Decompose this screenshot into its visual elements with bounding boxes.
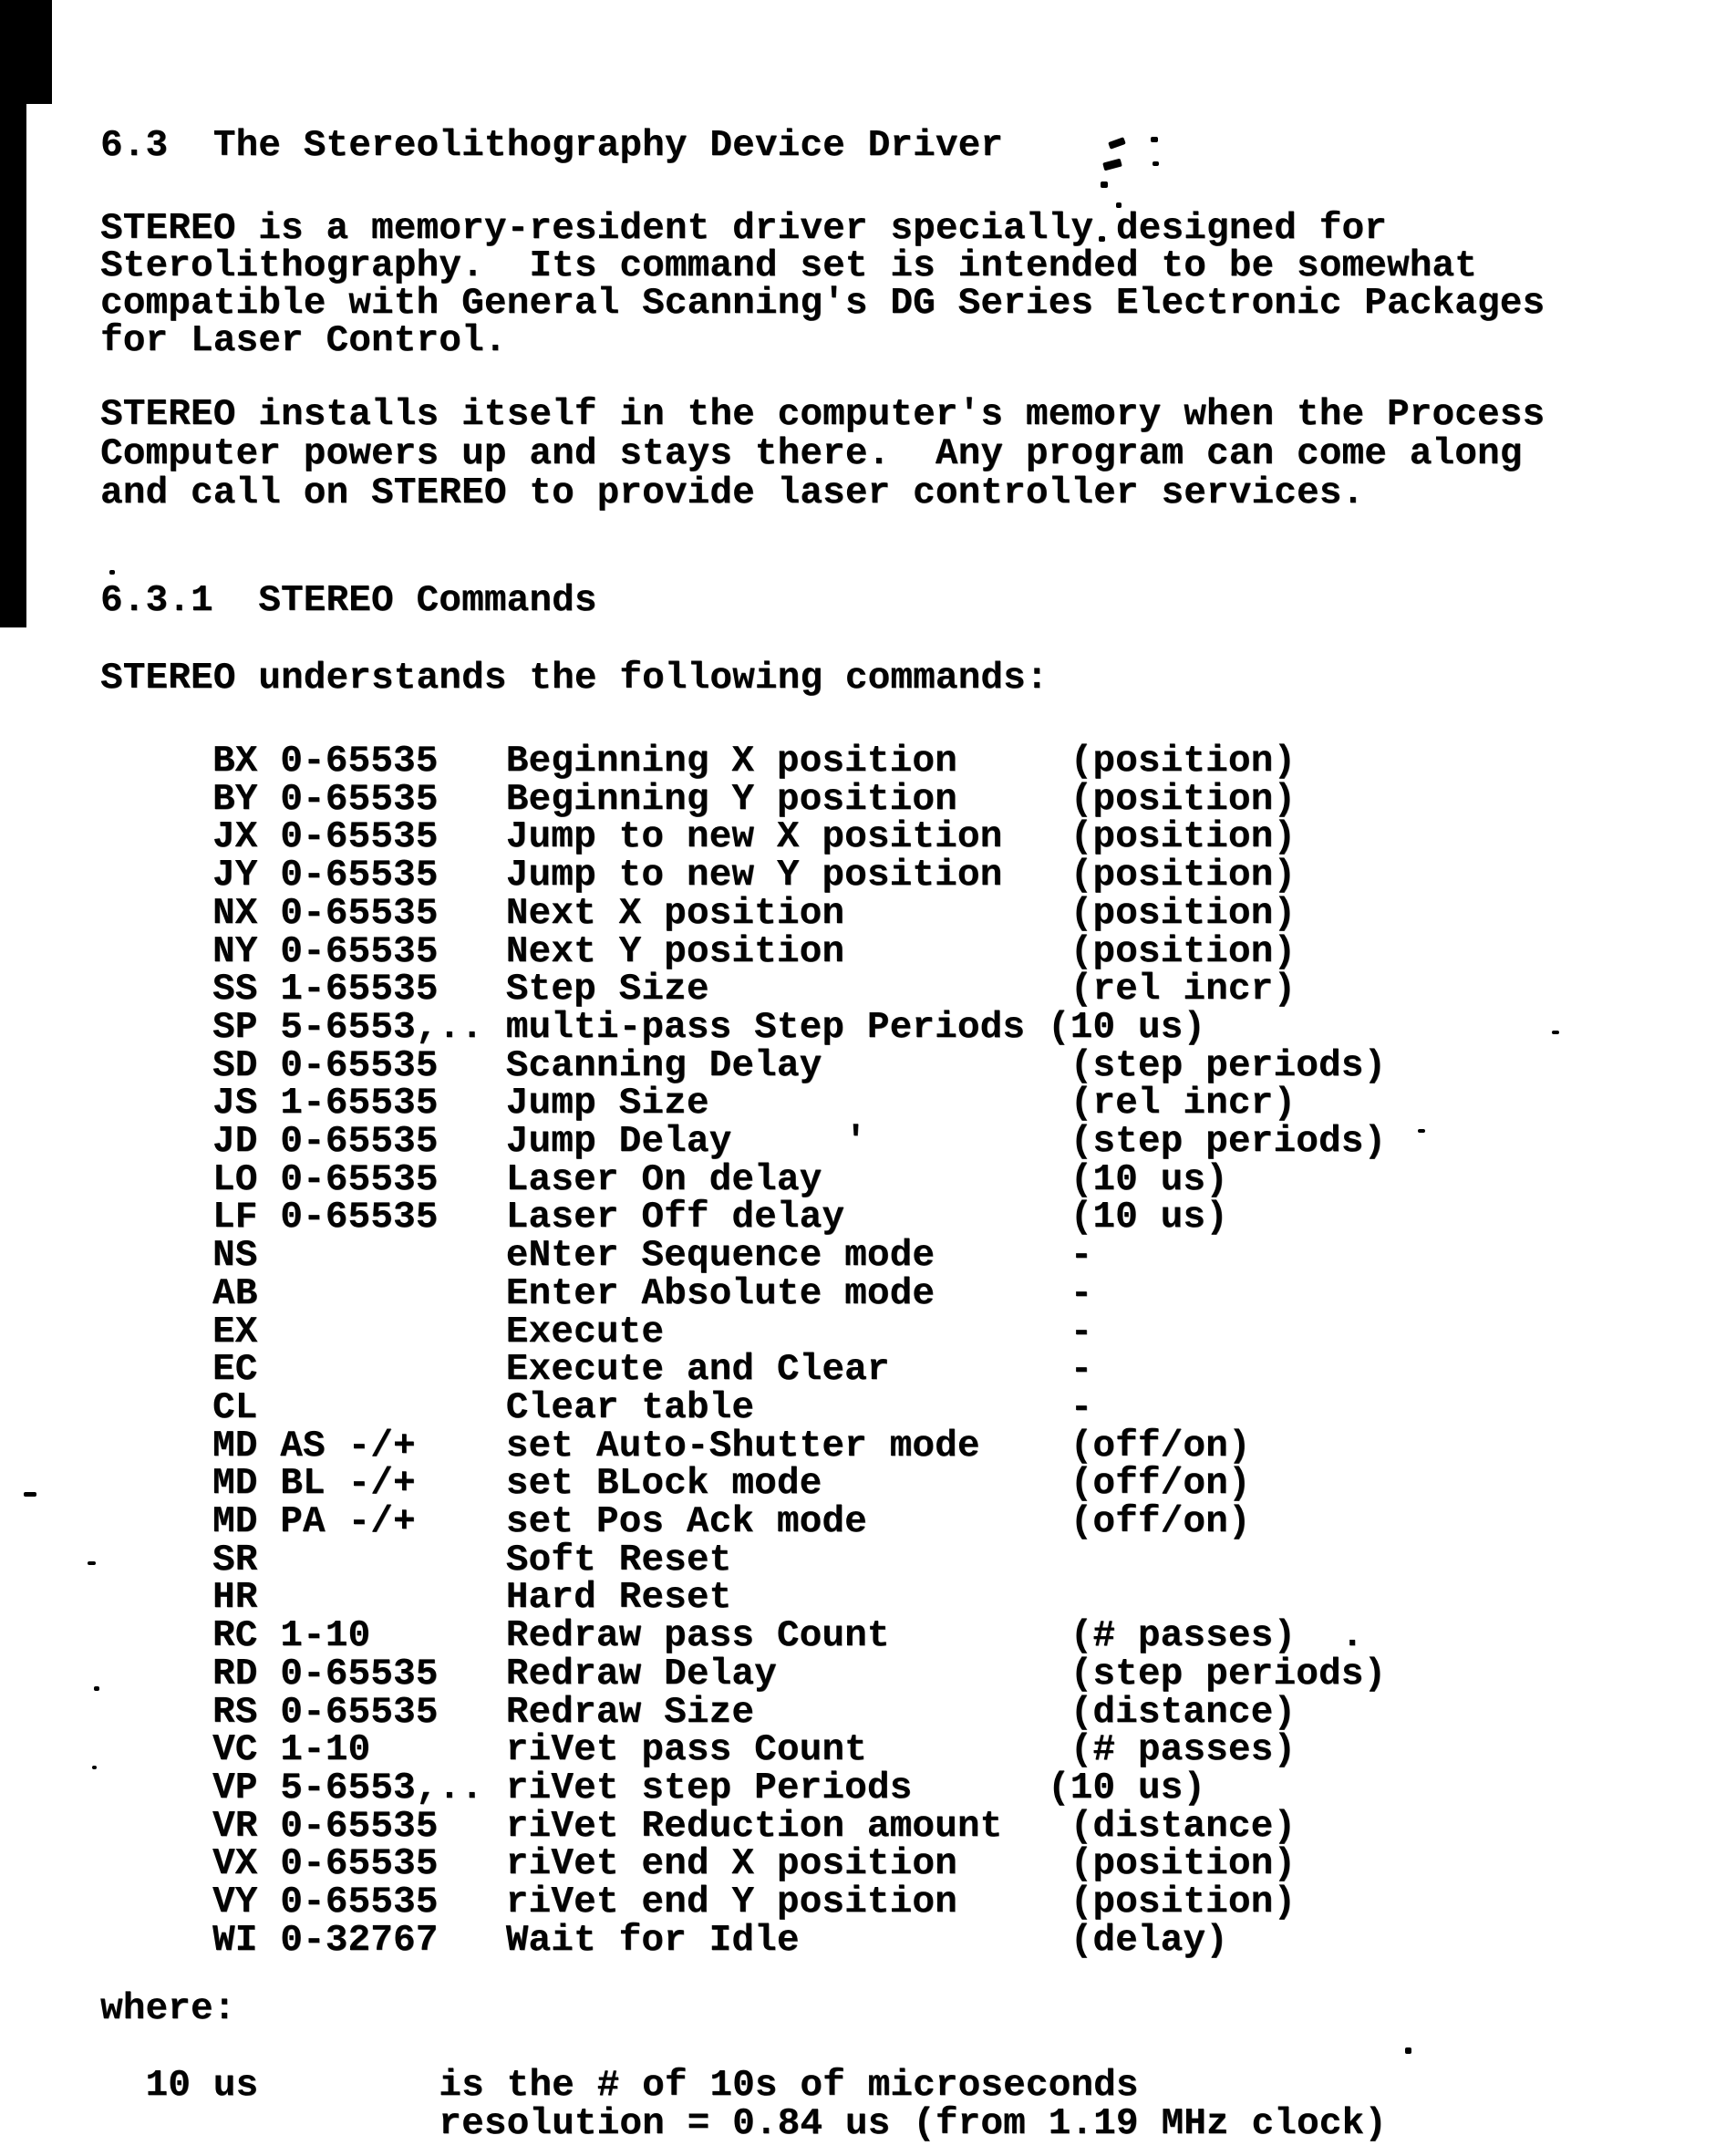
command-row: VP 5-6553,.. riVet step Periods (10 us) xyxy=(212,1770,1205,1808)
ink-speck xyxy=(1151,137,1158,142)
command-row: JS 1-65535 Jump Size (rel incr) xyxy=(212,1085,1296,1123)
commands-table: BX 0-65535 Beginning X position (positio… xyxy=(212,743,1489,1965)
command-row: NY 0-65535 Next Y position (position) xyxy=(212,934,1296,971)
command-row: SD 0-65535 Scanning Delay (step periods) xyxy=(212,1048,1386,1085)
command-row: VC 1-10 riVet pass Count (# passes) xyxy=(212,1732,1296,1769)
paragraph1-line: Sterolithography. Its command set is int… xyxy=(100,248,1477,285)
command-row: JX 0-65535 Jump to new X position (posit… xyxy=(212,819,1296,856)
subsection-heading: 6.3.1 STEREO Commands xyxy=(100,583,597,620)
where-label: where: xyxy=(100,1991,236,2028)
paragraph2-line: Computer powers up and stays there. Any … xyxy=(100,436,1523,473)
ink-speck xyxy=(1552,1031,1559,1034)
command-row: BX 0-65535 Beginning X position (positio… xyxy=(212,743,1296,781)
where-note-line: 10 us is the # of 10s of microseconds xyxy=(100,2068,1139,2105)
command-row: VY 0-65535 riVet end Y position (positio… xyxy=(212,1884,1296,1922)
command-row: VX 0-65535 riVet end X position (positio… xyxy=(212,1846,1296,1883)
ink-speck xyxy=(92,1766,97,1769)
command-row: SS 1-65535 Step Size (rel incr) xyxy=(212,971,1296,1009)
ink-speck xyxy=(109,570,115,575)
scan-black-bar xyxy=(0,0,26,627)
command-row: VR 0-65535 riVet Reduction amount (dista… xyxy=(212,1809,1296,1846)
command-row: AB Enter Absolute mode - xyxy=(212,1276,1092,1313)
command-row: SP 5-6553,.. multi-pass Step Periods (10… xyxy=(212,1010,1205,1047)
command-row: WI 0-32767 Wait for Idle (delay) xyxy=(212,1923,1228,1960)
command-row: JD 0-65535 Jump Delay ' (step periods) xyxy=(212,1124,1386,1161)
section-heading: 6.3 The Stereolithography Device Driver xyxy=(100,128,1003,165)
commands-intro: STEREO understands the following command… xyxy=(100,660,1049,698)
command-row: BY 0-65535 Beginning Y position (positio… xyxy=(212,782,1296,819)
where-note-line: resolution = 0.84 us (from 1.19 MHz cloc… xyxy=(100,2106,1387,2143)
command-row: MD PA -/+ set Pos Ack mode (off/on) xyxy=(212,1504,1251,1541)
ink-speck xyxy=(1102,159,1122,171)
ink-speck xyxy=(1108,137,1126,150)
paragraph1-line: for Laser Control. xyxy=(100,323,507,360)
ink-speck xyxy=(1153,161,1159,166)
ink-speck xyxy=(1101,181,1108,188)
ink-speck xyxy=(94,1686,99,1691)
command-row: SR Soft Reset xyxy=(212,1542,731,1580)
command-row: EC Execute and Clear - xyxy=(212,1352,1092,1389)
command-row: LF 0-65535 Laser Off delay (10 us) xyxy=(212,1199,1228,1237)
ink-speck xyxy=(1405,2047,1411,2054)
paragraph1-line: compatible with General Scanning's DG Se… xyxy=(100,285,1545,323)
command-row: RC 1-10 Redraw pass Count (# passes) . xyxy=(212,1618,1363,1655)
command-row: NS eNter Sequence mode - xyxy=(212,1238,1092,1275)
scanned-document-page: 6.3 The Stereolithography Device Driver … xyxy=(0,0,1716,2156)
command-row: NX 0-65535 Next X position (position) xyxy=(212,896,1296,933)
command-row: RS 0-65535 Redraw Size (distance) xyxy=(212,1695,1296,1732)
command-row: MD BL -/+ set BLock mode (off/on) xyxy=(212,1466,1251,1503)
paragraph2-line: STEREO installs itself in the computer's… xyxy=(100,397,1545,434)
ink-speck xyxy=(88,1561,96,1565)
command-row: RD 0-65535 Redraw Delay (step periods) xyxy=(212,1656,1386,1694)
command-row: JY 0-65535 Jump to new Y position (posit… xyxy=(212,857,1296,895)
command-row: EX Execute - xyxy=(212,1314,1092,1352)
paragraph2-line: and call on STEREO to provide laser cont… xyxy=(100,475,1364,513)
command-row: CL Clear table - xyxy=(212,1390,1092,1427)
command-row: MD AS -/+ set Auto-Shutter mode (off/on) xyxy=(212,1428,1251,1466)
ink-speck xyxy=(24,1492,36,1497)
paragraph1-line: STEREO is a memory-resident driver speci… xyxy=(100,211,1387,248)
command-row: LO 0-65535 Laser On delay (10 us) xyxy=(212,1162,1228,1199)
command-row: HR Hard Reset xyxy=(212,1580,731,1617)
